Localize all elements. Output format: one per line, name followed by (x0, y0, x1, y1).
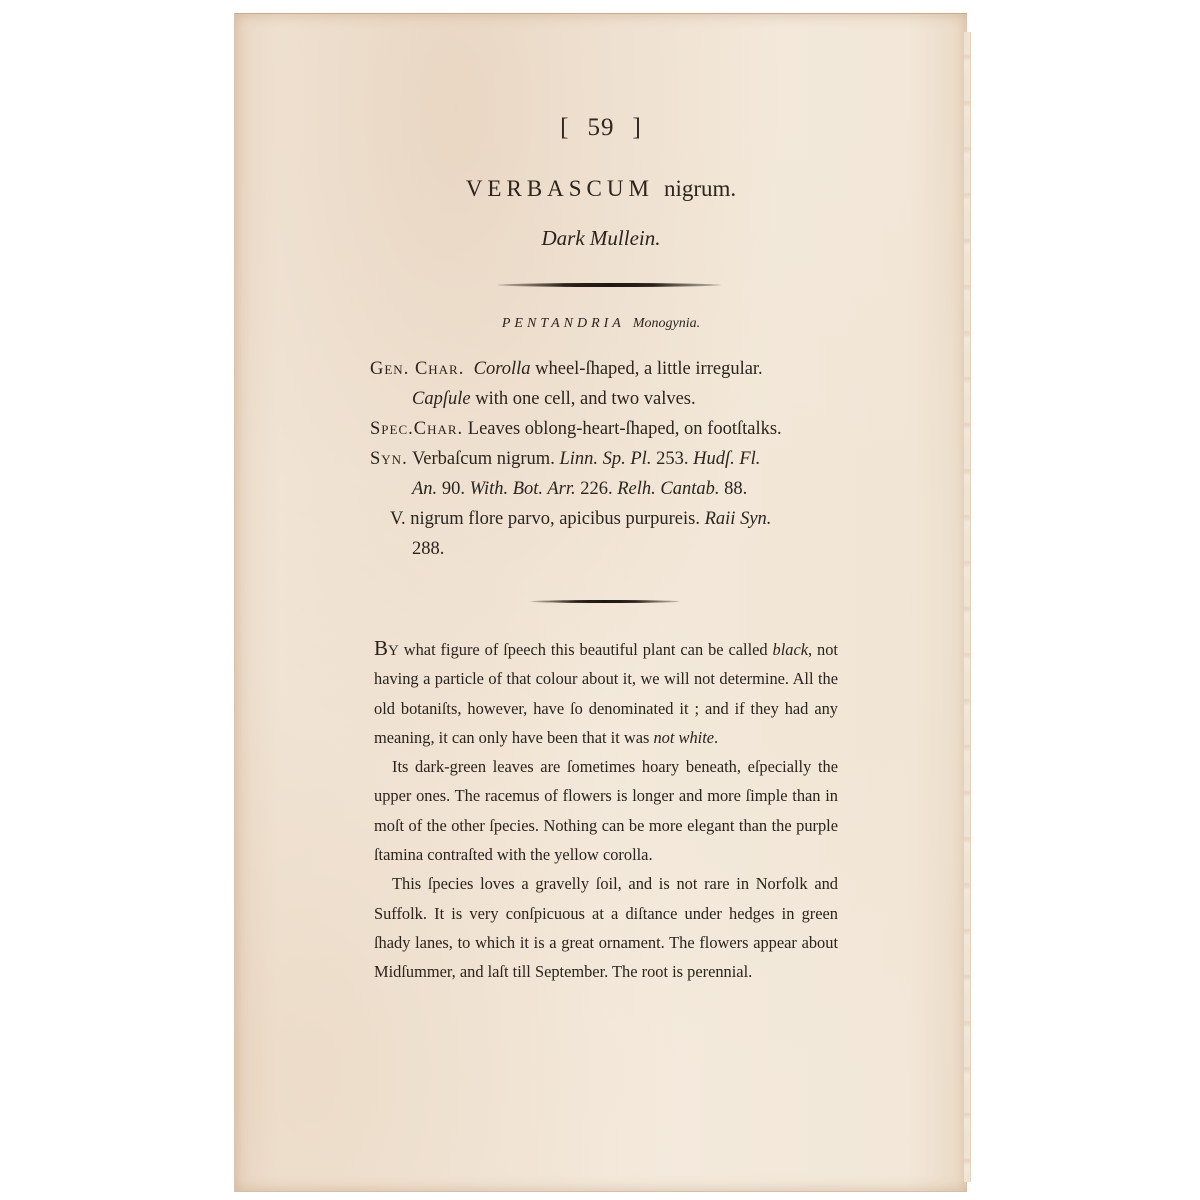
syn-ref-raii: Raii Syn. (705, 509, 772, 529)
syn-ref-huds: Hudſ. Fl. (693, 449, 760, 469)
syn-label: Syn. (370, 449, 408, 469)
description-body: By what figure of ſpeech this beautiful … (374, 634, 838, 987)
genus-name: VERBASCUM (466, 176, 654, 201)
common-name: Dark Mullein. (235, 226, 967, 251)
gen-char-italic-2: Capſule (412, 389, 471, 409)
gen-char-text-1: wheel-ſhaped, a little irregular. (531, 359, 763, 379)
spec-char-text: Leaves oblong-heart-ſhaped, on footſtalk… (463, 419, 782, 439)
paragraph-1: By what figure of ſpeech this beautiful … (374, 634, 838, 752)
syn-num-226: 226. (576, 479, 618, 499)
ornamental-rule-bottom (530, 600, 680, 603)
gen-char-text-2: with one cell, and two valves. (471, 389, 696, 409)
syn-line-4: 288. (370, 534, 850, 564)
paragraph-1-text-c: . (714, 728, 718, 747)
spec-char-label: Spec.Char. (370, 419, 463, 439)
italic-not-white: not white (653, 728, 714, 747)
book-page: [59] VERBASCUMnigrum. Dark Mullein. PENT… (234, 13, 967, 1192)
class-name: PENTANDRIA (502, 316, 625, 331)
botanical-characters: Gen. Char. Corolla wheel-ſhaped, a littl… (370, 354, 850, 564)
syn-ref-relh: Relh. Cantab. (617, 479, 719, 499)
paragraph-3: This ſpecies loves a gravelly ſoil, and … (374, 869, 838, 986)
opening-word: By (374, 636, 399, 660)
syn-ref-linn: Linn. Sp. Pl. (559, 449, 651, 469)
syn-num-90: 90. (437, 479, 469, 499)
syn-num-88: 88. (720, 479, 748, 499)
gen-char-line-2: Capſule with one cell, and two valves. (370, 384, 850, 414)
ornamental-rule-top (497, 283, 721, 287)
paragraph-1-text-a: what figure of ſpeech this beautiful pla… (399, 640, 773, 659)
bracket-open: [ (560, 114, 569, 141)
paragraph-2: Its dark-green leaves are ſometimes hoar… (374, 752, 838, 869)
syn-line-2: An. 90. With. Bot. Arr. 226. Relh. Canta… (370, 474, 850, 504)
italic-black: black (773, 640, 809, 659)
syn-text-3: V. nigrum flore parvo, apicibus purpurei… (390, 509, 705, 529)
gen-char-label: Gen. Char. (370, 359, 464, 379)
syn-line-1: Syn. Verbaſcum nigrum. Linn. Sp. Pl. 253… (370, 444, 850, 474)
syn-ref-an: An. (412, 479, 437, 499)
page-number-value: 59 (588, 114, 615, 141)
syn-line-3: V. nigrum flore parvo, apicibus purpurei… (370, 504, 850, 534)
order-name: Monogynia. (633, 316, 700, 331)
syn-num-288: 288. (412, 539, 444, 559)
syn-num-253: 253. (651, 449, 693, 469)
linnaean-classification: PENTANDRIAMonogynia. (235, 316, 967, 332)
page-title: VERBASCUMnigrum. (235, 176, 967, 202)
page-number: [59] (235, 114, 967, 142)
gen-char-line-1: Gen. Char. Corolla wheel-ſhaped, a littl… (370, 354, 850, 384)
gen-char-italic-1: Corolla (474, 359, 531, 379)
syn-ref-with: With. Bot. Arr. (470, 479, 576, 499)
species-name: nigrum. (664, 176, 736, 201)
syn-text-1: Verbaſcum nigrum. (408, 449, 560, 469)
spec-char-line: Spec.Char. Leaves oblong-heart-ſhaped, o… (370, 414, 850, 444)
bracket-close: ] (633, 114, 642, 141)
